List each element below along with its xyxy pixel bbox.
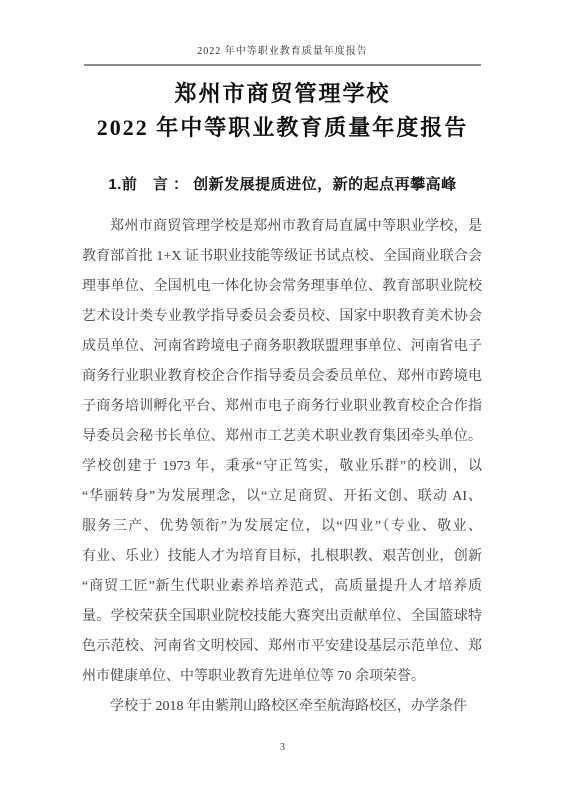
document-title-line2: 2022 年中等职业教育质量年度报告 <box>0 111 565 142</box>
paragraph-line: 郑州市商贸管理学校是郑州市教育局直属中等职业学校，是 <box>82 212 482 242</box>
paragraph-line: 学校于 2018 年由紫荆山路校区牵至航海路校区，办学条件 <box>82 692 482 722</box>
section-heading: 1.前 言 ： 创新发展提质进位，新的起点再攀高峰 <box>0 173 565 194</box>
paragraph-line: 商务行业职业教育校企合作指导委员会委员单位、郑州市跨境电 <box>82 362 482 392</box>
paragraph-campus: 学校于 2018 年由紫荆山路校区牵至航海路校区，办学条件 <box>82 692 482 722</box>
paragraph-line: 子商务培训孵化平台、郑州市电子商务行业职业教育校企合作指 <box>82 392 482 422</box>
document-body: 郑州市商贸管理学校是郑州市教育局直属中等职业学校，是 教育部首批 1+X 证书职… <box>82 212 482 722</box>
paragraph-line: “华丽转身”为发展理念，以“立足商贸、开拓文创、联动 AI、 <box>82 482 482 512</box>
document-page: 2022 年中等职业教育质量年度报告 郑州市商贸管理学校 2022 年中等职业教… <box>0 0 565 800</box>
paragraph-line: 导委员会秘书长单位、郑州市工艺美术职业教育集团牵头单位。 <box>82 422 482 452</box>
paragraph-line: 色示范校、河南省文明校园、郑州市平安建设基层示范单位、郑 <box>82 632 482 662</box>
paragraph-line: “商贸工匠”新生代职业素养培养范式，高质量提升人才培养质 <box>82 572 482 602</box>
header-divider <box>84 64 481 66</box>
paragraph-line: 理事单位、全国机电一体化协会常务理事单位、教育部职业院校 <box>82 272 482 302</box>
running-header: 2022 年中等职业教育质量年度报告 <box>0 42 565 57</box>
paragraph-line: 艺术设计类专业教学指导委员会委员校、国家中职教育美术协会 <box>82 302 482 332</box>
paragraph-intro: 郑州市商贸管理学校是郑州市教育局直属中等职业学校，是 教育部首批 1+X 证书职… <box>82 212 482 692</box>
paragraph-line: 服务三产、优势领衔”为发展定位，以“四业”（专业、敬业、 <box>82 512 482 542</box>
paragraph-line: 量。学校荣获全国职业院校技能大赛突出贡献单位、全国篮球特 <box>82 602 482 632</box>
paragraph-line: 州市健康单位、中等职业教育先进单位等 70 余项荣誉。 <box>82 662 482 692</box>
paragraph-line: 有业、乐业）技能人才为培育目标，扎根职教、艰苦创业，创新 <box>82 542 482 572</box>
paragraph-line: 成员单位、河南省跨境电子商务职教联盟理事单位、河南省电子 <box>82 332 482 362</box>
document-title-line1: 郑州市商贸管理学校 <box>0 77 565 108</box>
paragraph-line: 教育部首批 1+X 证书职业技能等级证书试点校、全国商业联合会 <box>82 242 482 272</box>
page-number: 3 <box>0 742 565 753</box>
paragraph-line: 学校创建于 1973 年，秉承“守正笃实，敬业乐群”的校训，以 <box>82 452 482 482</box>
